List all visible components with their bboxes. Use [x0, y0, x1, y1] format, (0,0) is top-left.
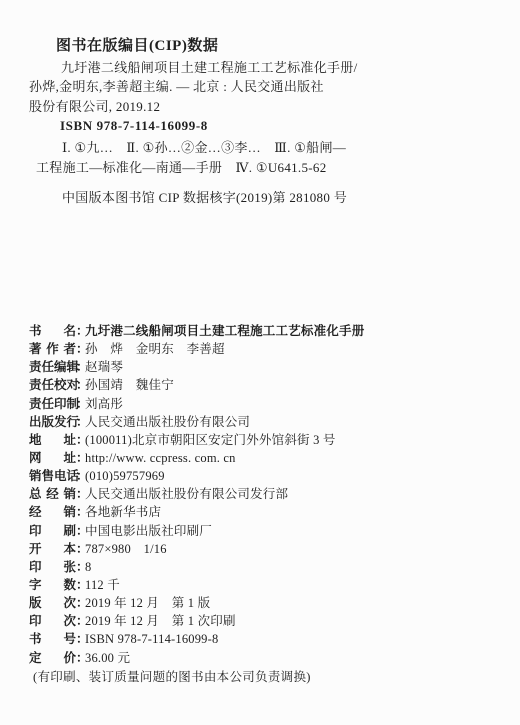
colophon-colon: ：: [76, 576, 85, 594]
colophon-colon: ：: [76, 395, 85, 413]
colophon-label: 印刷: [29, 522, 76, 540]
colophon-value: 2019 年 12 月 第 1 次印刷: [85, 614, 236, 628]
colophon-value: 人民交通出版社股份有限公司: [85, 415, 250, 429]
colophon-row: 印刷：中国电影出版社印刷厂: [29, 522, 364, 540]
cip-description-line: 九圩港二线船闸项目土建工程施工工艺标准化手册/: [29, 58, 358, 77]
colophon-value: 8: [85, 560, 91, 574]
colophon-colon: ：: [76, 594, 85, 612]
colophon-row: 著作者：孙 烨 金明东 李善超: [29, 340, 364, 358]
colophon-colon: ：: [76, 467, 85, 485]
colophon-label: 责任编辑: [29, 358, 76, 376]
colophon-value: ISBN 978-7-114-16099-8: [85, 632, 218, 646]
cip-isbn-line: ISBN 978-7-114-16099-8: [29, 116, 358, 135]
colophon-row: 出版发行：人民交通出版社股份有限公司: [29, 413, 364, 431]
cip-registry-line: 中国版本图书馆 CIP 数据核字(2019)第 281080 号: [62, 187, 347, 206]
colophon-colon: ：: [76, 376, 85, 394]
book-copyright-page: 图书在版编目(CIP)数据 九圩港二线船闸项目土建工程施工工艺标准化手册/ 孙烨…: [0, 0, 520, 725]
colophon-colon: ：: [76, 540, 85, 558]
colophon-value: (100011)北京市朝阳区安定门外外馆斜街 3 号: [85, 433, 336, 447]
colophon-row: 版次：2019 年 12 月 第 1 版: [29, 594, 364, 612]
colophon-value: http://www. ccpress. com. cn: [85, 451, 236, 465]
colophon-row: 责任校对：孙国靖 魏佳宁: [29, 376, 364, 394]
cip-description-line: 孙烨,金明东,李善超主编. — 北京 : 人民交通出版社: [29, 77, 358, 96]
cip-description-line: 股份有限公司, 2019.12: [29, 97, 358, 116]
colophon-label: 销售电话: [29, 467, 76, 485]
cip-classification-line: Ⅰ. ①九… Ⅱ. ①孙…②金…③李… Ⅲ. ①船闸—: [36, 138, 346, 158]
colophon-label: 总经销: [29, 485, 76, 503]
colophon-colon: ：: [76, 358, 85, 376]
colophon: 书名：九圩港二线船闸项目土建工程施工工艺标准化手册 著作者：孙 烨 金明东 李善…: [29, 322, 364, 667]
colophon-label: 经销: [29, 503, 76, 521]
colophon-value: 人民交通出版社股份有限公司发行部: [85, 487, 288, 501]
colophon-value: 2019 年 12 月 第 1 版: [85, 596, 210, 610]
colophon-row: 字数：112 千: [29, 576, 364, 594]
colophon-row: 责任印制：刘高彤: [29, 395, 364, 413]
colophon-label: 书名: [29, 322, 76, 340]
colophon-label: 书号: [29, 630, 76, 648]
colophon-value: 36.00 元: [85, 651, 130, 665]
colophon-colon: ：: [76, 322, 85, 340]
colophon-row: 网址：http://www. ccpress. com. cn: [29, 449, 364, 467]
colophon-colon: ：: [76, 612, 85, 630]
colophon-row: 定价：36.00 元: [29, 649, 364, 667]
colophon-colon: ：: [76, 522, 85, 540]
colophon-label: 出版发行: [29, 413, 76, 431]
colophon-row: 总经销：人民交通出版社股份有限公司发行部: [29, 485, 364, 503]
colophon-label: 版次: [29, 594, 76, 612]
colophon-label: 字数: [29, 576, 76, 594]
colophon-row: 经销：各地新华书店: [29, 503, 364, 521]
colophon-value: 787×980 1/16: [85, 542, 167, 556]
cip-classification: Ⅰ. ①九… Ⅱ. ①孙…②金…③李… Ⅲ. ①船闸— 工程施工—标准化—南通—…: [36, 138, 346, 178]
cip-classification-line: 工程施工—标准化—南通—手册 Ⅳ. ①U641.5-62: [36, 158, 346, 178]
colophon-row: 地址：(100011)北京市朝阳区安定门外外馆斜街 3 号: [29, 431, 364, 449]
cip-header: 图书在版编目(CIP)数据: [56, 34, 218, 55]
colophon-label: 责任校对: [29, 376, 76, 394]
colophon-row: 印张：8: [29, 558, 364, 576]
colophon-row: 销售电话：(010)59757969: [29, 467, 364, 485]
colophon-value: 赵瑞琴: [85, 360, 123, 374]
colophon-row: 印次：2019 年 12 月 第 1 次印刷: [29, 612, 364, 630]
colophon-colon: ：: [76, 413, 85, 431]
colophon-value: 112 千: [85, 578, 120, 592]
colophon-label: 开本: [29, 540, 76, 558]
colophon-value: 孙国靖 魏佳宁: [85, 378, 174, 392]
colophon-label: 著作者: [29, 340, 76, 358]
colophon-row: 书名：九圩港二线船闸项目土建工程施工工艺标准化手册: [29, 322, 364, 340]
colophon-value: 孙 烨 金明东 李善超: [85, 342, 225, 356]
colophon-value: 中国电影出版社印刷厂: [85, 524, 212, 538]
colophon-label: 责任印制: [29, 395, 76, 413]
colophon-row: 开本：787×980 1/16: [29, 540, 364, 558]
colophon-label: 印次: [29, 612, 76, 630]
colophon-colon: ：: [76, 630, 85, 648]
colophon-row: 责任编辑：赵瑞琴: [29, 358, 364, 376]
colophon-label: 网址: [29, 449, 76, 467]
colophon-value: (010)59757969: [85, 469, 165, 483]
colophon-label: 定价: [29, 649, 76, 667]
colophon-colon: ：: [76, 485, 85, 503]
colophon-row: 书号：ISBN 978-7-114-16099-8: [29, 630, 364, 648]
colophon-value: 刘高彤: [85, 397, 123, 411]
colophon-label: 地址: [29, 431, 76, 449]
cip-description: 九圩港二线船闸项目土建工程施工工艺标准化手册/ 孙烨,金明东,李善超主编. — …: [29, 58, 358, 136]
colophon-colon: ：: [76, 340, 85, 358]
colophon-colon: ：: [76, 449, 85, 467]
colophon-colon: ：: [76, 503, 85, 521]
quality-exchange-note: (有印刷、装订质量问题的图书由本公司负责调换): [33, 667, 311, 685]
colophon-value: 九圩港二线船闸项目土建工程施工工艺标准化手册: [85, 324, 364, 338]
colophon-colon: ：: [76, 558, 85, 576]
colophon-label: 印张: [29, 558, 76, 576]
colophon-value: 各地新华书店: [85, 505, 161, 519]
colophon-colon: ：: [76, 431, 85, 449]
colophon-colon: ：: [76, 649, 85, 667]
